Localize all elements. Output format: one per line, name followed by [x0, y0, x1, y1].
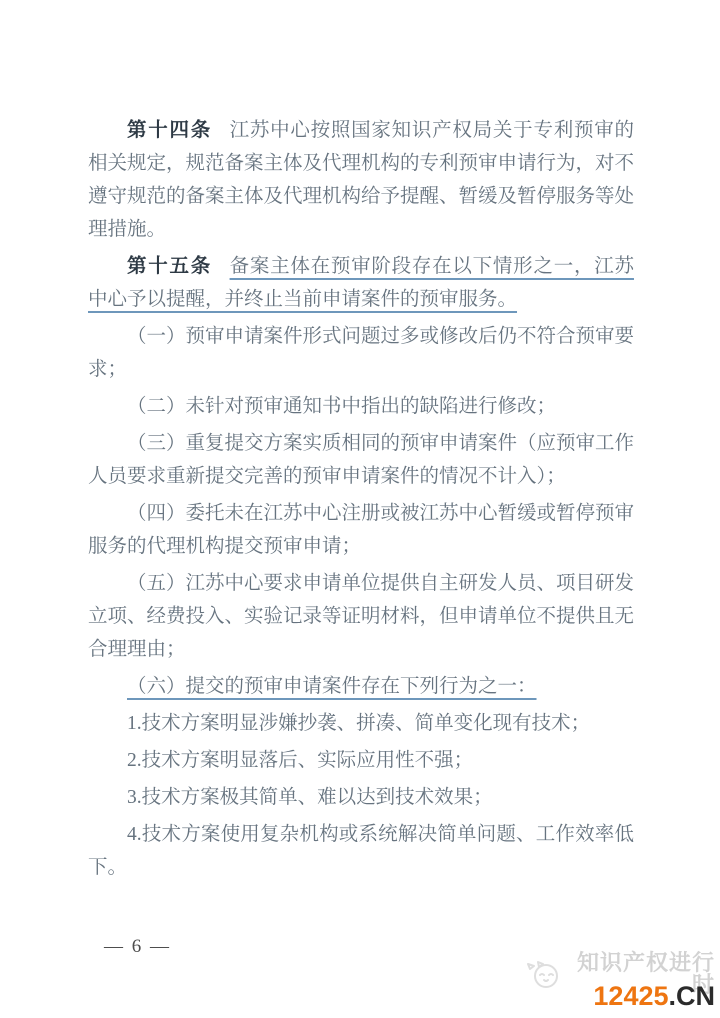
page-number: — 6 — [104, 936, 171, 958]
paragraph-article-15: 第十五条备案主体在预审阶段存在以下情形之一，江苏中心予以提醒，并终止当前申请案件… [88, 250, 634, 316]
item-6-text: （六）提交的预审申请案件存在下列行为之一： [127, 676, 537, 697]
item-4-text: （四）委托未在江苏中心注册或被江苏中心暂缓或暂停预审服务的代理机构提交预审申请； [88, 503, 634, 557]
item-5-text: （五）江苏中心要求申请单位提供自主研发人员、项目研发立项、经费投入、实验记录等证… [88, 573, 634, 660]
cat-mascot-icon [525, 958, 563, 990]
watermark-site-tld: .CN [669, 981, 716, 1011]
item-2-text: （二）未针对预审通知书中指出的缺陷进行修改； [127, 396, 556, 417]
numbered-1-text: 1.技术方案明显涉嫌抄袭、拼凑、简单变化现有技术； [127, 713, 590, 734]
numbered-3-text: 3.技术方案极其简单、难以达到技术效果； [127, 787, 493, 808]
item-1-text: （一）预审申请案件形式问题过多或修改后仍不符合预审要求； [88, 326, 634, 380]
paragraph-numbered-3: 3.技术方案极其简单、难以达到技术效果； [88, 781, 634, 814]
watermark-site-code: 12425 [593, 981, 668, 1011]
paragraph-numbered-2: 2.技术方案明显落后、实际应用性不强； [88, 744, 634, 777]
article-15-label: 第十五条 [127, 256, 212, 277]
article-14-label: 第十四条 [127, 120, 212, 141]
numbered-2-text: 2.技术方案明显落后、实际应用性不强； [127, 750, 473, 771]
paragraph-item-6: （六）提交的预审申请案件存在下列行为之一： [88, 670, 634, 703]
paragraph-numbered-1: 1.技术方案明显涉嫌抄袭、拼凑、简单变化现有技术； [88, 707, 634, 740]
watermark: 知识产权进行时 12425.CN [525, 952, 715, 1010]
paragraph-numbered-4: 4.技术方案使用复杂机构或系统解决简单问题、工作效率低下。 [88, 818, 634, 884]
paragraph-item-2: （二）未针对预审通知书中指出的缺陷进行修改； [88, 390, 634, 423]
numbered-4-text: 4.技术方案使用复杂机构或系统解决简单问题、工作效率低下。 [88, 824, 634, 878]
document-body: 第十四条江苏中心按照国家知识产权局关于专利预审的相关规定，规范备案主体及代理机构… [88, 114, 634, 888]
paragraph-item-4: （四）委托未在江苏中心注册或被江苏中心暂缓或暂停预审服务的代理机构提交预审申请； [88, 497, 634, 563]
paragraph-item-1: （一）预审申请案件形式问题过多或修改后仍不符合预审要求； [88, 320, 634, 386]
paragraph-item-3: （三）重复提交方案实质相同的预审申请案件（应预审工作人员要求重新提交完善的预审申… [88, 427, 634, 493]
item-3-text: （三）重复提交方案实质相同的预审申请案件（应预审工作人员要求重新提交完善的预审申… [88, 433, 634, 487]
paragraph-item-5: （五）江苏中心要求申请单位提供自主研发人员、项目研发立项、经费投入、实验记录等证… [88, 567, 634, 666]
paragraph-article-14: 第十四条江苏中心按照国家知识产权局关于专利预审的相关规定，规范备案主体及代理机构… [88, 114, 634, 246]
